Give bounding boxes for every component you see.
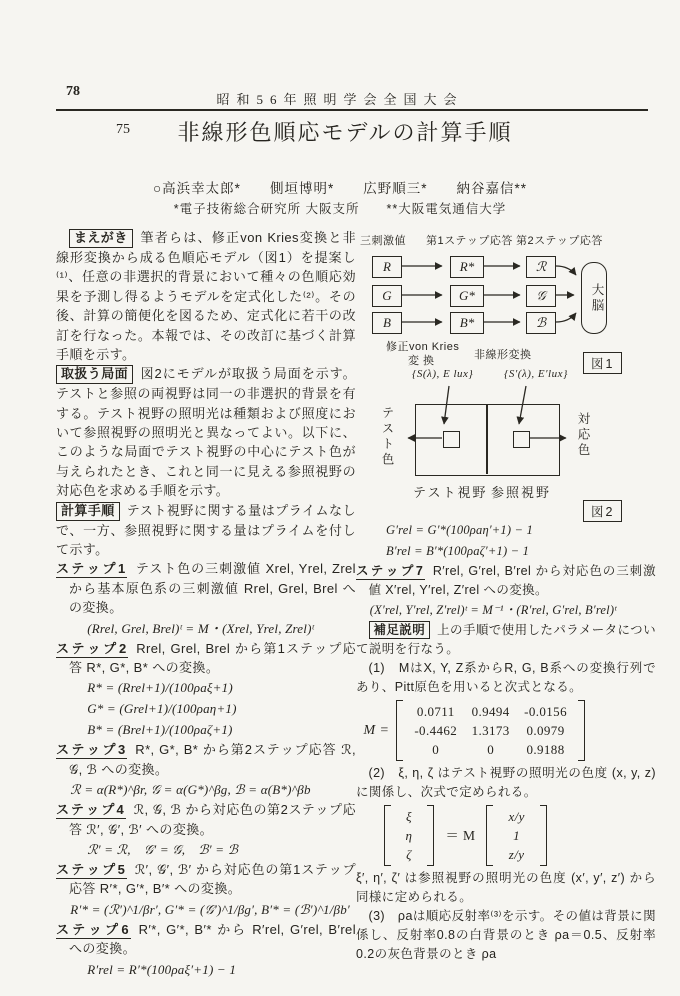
calc-paragraph: 計算手順テスト視野に関する量はプライムなしで、一方、参照視野に関する量はプライム… xyxy=(56,501,356,560)
matrix-left-bracket xyxy=(396,700,403,761)
vector-rhs: x/y 1 z/y xyxy=(500,805,532,866)
step6-equation-g: G′rel = G′*(100ρaη′+1) − 1 xyxy=(356,520,656,541)
step2-paragraph: ステップ2Rrel, Grel, Brel から第1ステップ応答 R*, G*,… xyxy=(56,639,356,678)
step6-paragraph: ステップ6R′*, G′*, B′* から R′rel, G′rel, B′re… xyxy=(56,920,356,959)
matrix-lhs: M = xyxy=(364,721,390,740)
matrix-M: M = 0.0711 0.9494 -0.0156 -0.4462 1.3173… xyxy=(356,700,656,761)
fig2-test-color-label: テスト色 xyxy=(378,406,396,468)
note3-paragraph: (3) ρaは順応反射率⁽³⁾を示す。その値は背景に関係し、反射率0.8の白背景… xyxy=(356,907,656,964)
left-column: まえがき筆者らは、修正von Kries変換と非線形変換から成る色順応モデル（図… xyxy=(56,228,356,980)
step6-label: ステップ6 xyxy=(56,922,131,939)
step4-equation: ℛ′ = ℛ, 𝒢′ = 𝒢, ℬ′ = ℬ xyxy=(56,839,356,860)
vector-cell: ζ xyxy=(406,846,413,863)
paper-title: 非線形色順応モデルの計算手順 xyxy=(150,116,540,147)
vector-right-bracket xyxy=(427,805,434,866)
fig1-node-Bstar: B* xyxy=(450,312,484,334)
vector-cell: ξ xyxy=(406,808,413,825)
step2-equation-b: B* = (Brel+1)/(100ρaζ+1) xyxy=(56,719,356,740)
vector-cell: 1 xyxy=(508,827,524,844)
step2-equation-r: R* = (Rrel+1)/(100ρaξ+1) xyxy=(56,677,356,698)
matrix-values: 0.0711 0.9494 -0.0156 -0.4462 1.3173 0.0… xyxy=(410,700,571,761)
step7-paragraph: ステップ7R′rel, G′rel, B′rel から対応色の三刺激値 X′re… xyxy=(356,562,656,600)
fig1-node-R: R xyxy=(372,256,402,278)
section-label-calc: 計算手順 xyxy=(56,502,120,521)
matrix-cell: 0.9494 xyxy=(469,703,512,720)
step2-label: ステップ2 xyxy=(56,641,128,658)
matrix-cell: 0.0711 xyxy=(414,703,457,720)
vector-cell: z/y xyxy=(508,846,524,863)
matrix-cell: -0.0156 xyxy=(524,703,567,720)
right-column: G′rel = G′*(100ρaη′+1) − 1 B′rel = B′*(1… xyxy=(356,520,656,964)
step4-paragraph: ステップ4ℛ, 𝒢, ℬ から対応色の第2ステップ応答 ℛ′, 𝒢′, ℬ′ へ… xyxy=(56,800,356,839)
step1-label: ステップ1 xyxy=(56,561,127,578)
step5-equation: R′* = (ℛ′)^1/βr′, G′* = (𝒢′)^1/βg′, B′* … xyxy=(56,899,356,920)
note2b-paragraph: ξ′, η′, ζ′ は参照視野の照明光の色度 (x′, y′, z′) から同… xyxy=(356,869,656,907)
fig2-illuminant-test: {S(λ), E lux} xyxy=(412,368,473,380)
header-rule xyxy=(56,109,648,111)
affiliation-line: *電子技術総合研究所 大阪支所 **大阪電気通信大学 xyxy=(0,199,680,217)
intro-paragraph: まえがき筆者らは、修正von Kries変換と非線形変換から成る色順応モデル（図… xyxy=(56,228,356,364)
intro-text: 筆者らは、修正von Kries変換と非線形変換から成る色順応モデル（図1）を提… xyxy=(56,230,356,362)
step1-equation: (Rrel, Grel, Brel)ᵗ = M・(Xrel, Yrel, Zre… xyxy=(56,618,356,639)
section-label-supplement: 補足説明 xyxy=(369,621,431,639)
section-label-maegaki: まえがき xyxy=(69,229,133,248)
fig2-field-divider xyxy=(486,404,488,474)
matrix-cell: 1.3173 xyxy=(469,722,512,739)
step5-label: ステップ5 xyxy=(56,862,127,879)
paper-number: 75 xyxy=(116,122,130,138)
figure2-viewing-situation: {S(λ), E lux} {S′(λ), E′lux} テスト色 対応色 テス… xyxy=(356,366,656,516)
fig2-corresponding-color-label: 対応色 xyxy=(574,412,592,459)
scanned-paper-page: 78 昭和56年照明学会全国大会 75 非線形色順応モデルの計算手順 ○高浜幸太… xyxy=(0,0,680,996)
step5-paragraph: ステップ5ℛ′, 𝒢′, ℬ′ から対応色の第1ステップ応答 R′*, G′*,… xyxy=(56,860,356,899)
fig1-header-step2: 第2ステップ応答 xyxy=(516,232,603,248)
fig2-corresponding-color-patch xyxy=(513,431,530,448)
step6-equation: R′rel = R′*(100ρaξ′+1) − 1 xyxy=(56,959,356,980)
author-line: ○高浜幸太郎* 側垣博明* 広野順三* 納谷嘉信** xyxy=(0,177,680,197)
step7-equation: (X′rel, Y′rel, Z′rel)ᵗ = M⁻¹・(R′rel, G′r… xyxy=(356,600,656,621)
fig2-test-field-label: テスト視野 xyxy=(413,482,487,501)
fig2-caption: 図2 xyxy=(583,500,622,522)
matrix-cell: 0.9188 xyxy=(524,741,567,758)
vector-cell: η xyxy=(406,827,413,844)
scope-text: 図2にモデルが取扱う局面を示す。テストと参照の両視野は同一の非選択的背景を有する… xyxy=(56,366,356,498)
supplement-paragraph: 補足説明上の手順で使用したパラメータについて説明を行なう。 xyxy=(356,621,656,659)
scope-paragraph: 取扱う局面図2にモデルが取扱う局面を示す。テストと参照の両視野は同一の非選択的背… xyxy=(56,364,356,500)
matrix-cell: 0.0979 xyxy=(524,722,567,739)
fig1-header-tristimulus: 三刺激値 xyxy=(360,232,406,248)
vector-right-bracket2 xyxy=(540,805,547,866)
fig1-node-script-R: ℛ xyxy=(526,256,556,278)
fig1-node-script-B: ℬ xyxy=(526,312,556,334)
vector-lhs: ξ η ζ xyxy=(398,805,421,866)
fig1-node-Gstar: G* xyxy=(450,285,484,307)
vector-left-bracket2 xyxy=(486,805,493,866)
note1-paragraph: (1) MはX, Y, Z系からR, G, B系への変換行列であり、Pitt原色… xyxy=(356,659,656,697)
step2-equation-g: G* = (Grel+1)/(100ρaη+1) xyxy=(56,698,356,719)
fig1-node-script-G: 𝒢 xyxy=(526,285,556,307)
matrix-right-bracket xyxy=(578,700,585,761)
vector-cell: x/y xyxy=(508,808,524,825)
matrix-cell: 0 xyxy=(414,741,457,758)
fig2-test-color-patch xyxy=(443,431,460,448)
fig1-node-B: B xyxy=(372,312,402,334)
step3-label: ステップ3 xyxy=(56,742,127,759)
chromaticity-vector-equation: ξ η ζ ＝ M x/y 1 z/y xyxy=(356,805,656,866)
conference-header: 昭和56年照明学会全国大会 xyxy=(0,89,680,108)
fig1-node-G: G xyxy=(372,285,402,307)
vector-equals-M: ＝ M xyxy=(445,826,475,845)
step6-equation-b: B′rel = B′*(100ρaζ′+1) − 1 xyxy=(356,541,656,562)
step4-label: ステップ4 xyxy=(56,802,126,819)
fig1-header-step1: 第1ステップ応答 xyxy=(426,232,513,248)
step3-equation: ℛ = α(R*)^βr, 𝒢 = α(G*)^βg, ℬ = α(B*)^βb xyxy=(56,779,356,800)
section-label-scope: 取扱う局面 xyxy=(56,365,133,384)
vector-left-bracket xyxy=(384,805,391,866)
step7-label: ステップ7 xyxy=(356,564,425,580)
matrix-cell: 0 xyxy=(469,741,512,758)
figure1-model-diagram: 三刺激値 第1ステップ応答 第2ステップ応答 R G B R* G* B* ℛ … xyxy=(356,228,656,380)
fig2-ref-field-label: 参照視野 xyxy=(491,482,551,501)
fig1-nonlinear-label: 非線形変換 xyxy=(474,346,532,362)
note2-paragraph: (2) ξ, η, ζ はテスト視野の照明光の色度 (x, y, z) に関係し… xyxy=(356,764,656,802)
fig1-node-Rstar: R* xyxy=(450,256,484,278)
step1-paragraph: ステップ1テスト色の三刺激値 Xrel, Yrel, Zrel から基本原色系の… xyxy=(56,559,356,617)
fig2-illuminant-ref: {S′(λ), E′lux} xyxy=(504,368,568,380)
step3-paragraph: ステップ3R*, G*, B* から第2ステップ応答 ℛ, 𝒢, ℬ への変換。 xyxy=(56,740,356,779)
matrix-cell: -0.4462 xyxy=(414,722,457,739)
fig1-brain-capsule: 大脳 xyxy=(581,262,607,334)
